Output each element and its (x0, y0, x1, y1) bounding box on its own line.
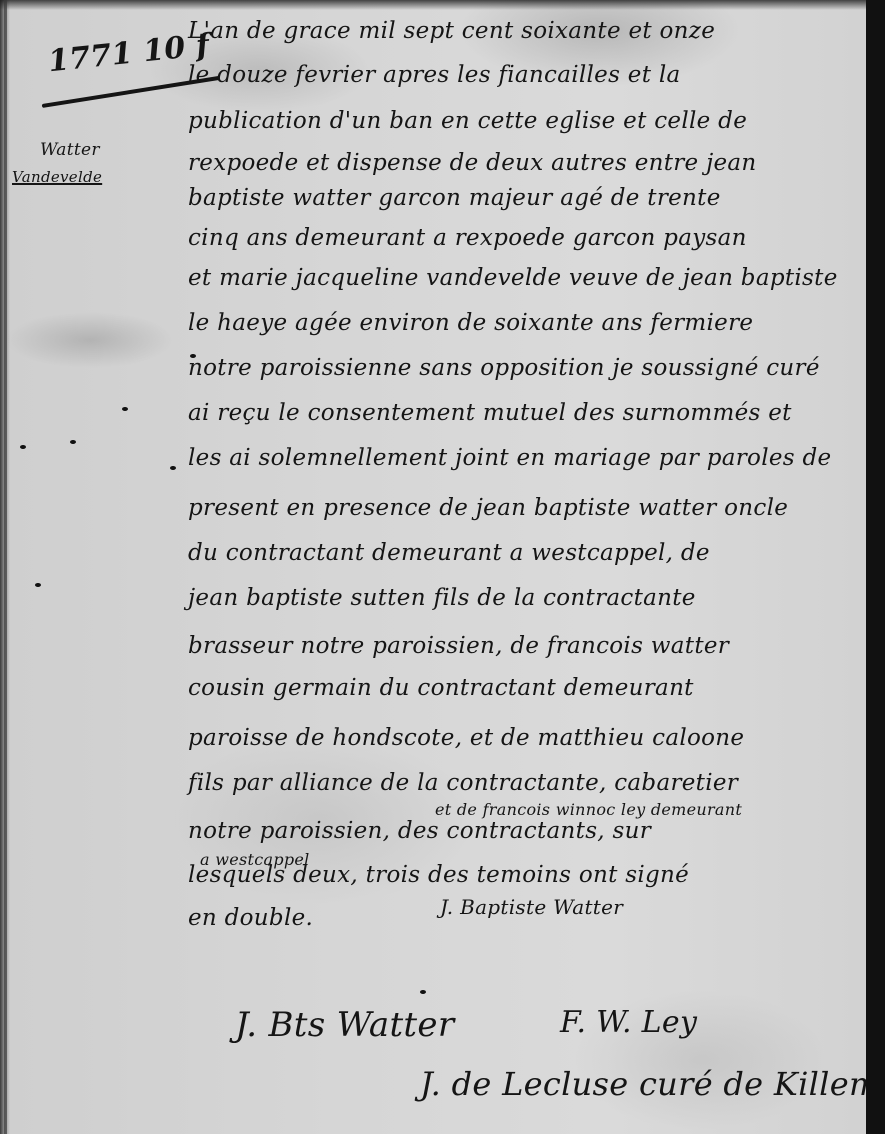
ink-fleck (190, 354, 196, 358)
record-line-9: notre paroissienne sans opposition je so… (188, 355, 820, 381)
signature-groom: J. Bts Watter (235, 1005, 454, 1045)
record-line-14: jean baptiste sutten fils de la contract… (188, 585, 696, 611)
record-line-21: en double. (188, 905, 313, 931)
scan-right-edge (866, 0, 885, 1134)
record-line-7: et marie jacqueline vandevelde veuve de … (188, 265, 838, 291)
signature-witness-1: J. Baptiste Watter (440, 895, 623, 919)
margin-surname-bride: Vandevelde (12, 168, 102, 186)
record-line-5: baptiste watter garcon majeur agé de tre… (188, 185, 721, 211)
record-line-8: le haeye agée environ de soixante ans fe… (188, 310, 753, 336)
ink-fleck (122, 407, 128, 411)
record-line-4: rexpoede et dispense de deux autres entr… (188, 150, 757, 176)
margin-date: 1771 10 f (47, 28, 212, 80)
record-line-2: le douze fevrier apres les fiancailles e… (188, 62, 681, 88)
ink-fleck (35, 583, 41, 587)
interlinear-insertion-1: et de francois winnoc ley demeurant (435, 800, 742, 819)
signature-priest: J. de Lecluse curé de Killem (420, 1065, 880, 1103)
record-line-6: cinq ans demeurant a rexpoede garcon pay… (188, 225, 747, 251)
manuscript-page: 1771 10 f Watter Vandevelde L'an de grac… (0, 0, 866, 1134)
page-left-edge (4, 0, 7, 1134)
ink-fleck (70, 440, 76, 444)
record-line-1: L'an de grace mil sept cent soixante et … (188, 18, 715, 44)
record-line-10: ai reçu le consentement mutuel des surno… (188, 400, 792, 426)
record-line-3: publication d'un ban en cette eglise et … (188, 108, 747, 134)
record-line-20: lesquels deux, trois des temoins ont sig… (188, 862, 689, 888)
ink-fleck (420, 990, 426, 994)
ink-fleck (20, 445, 26, 449)
record-line-17: paroisse de hondscote, et de matthieu ca… (188, 725, 744, 751)
record-line-18: fils par alliance de la contractante, ca… (188, 770, 738, 796)
record-line-16: cousin germain du contractant demeurant (188, 675, 694, 701)
ink-fleck (170, 466, 176, 470)
record-line-15: brasseur notre paroissien, de francois w… (188, 633, 729, 659)
record-line-12: present en presence de jean baptiste wat… (188, 495, 788, 521)
record-line-11: les ai solemnellement joint en mariage p… (188, 445, 831, 471)
record-line-13: du contractant demeurant a westcappel, d… (188, 540, 710, 566)
scan-top-shadow (0, 0, 866, 10)
record-line-19: notre paroissien, des contractants, sur (188, 818, 651, 844)
signature-witness-ley: F. W. Ley (560, 1005, 697, 1040)
margin-surname-groom: Watter (40, 140, 100, 160)
